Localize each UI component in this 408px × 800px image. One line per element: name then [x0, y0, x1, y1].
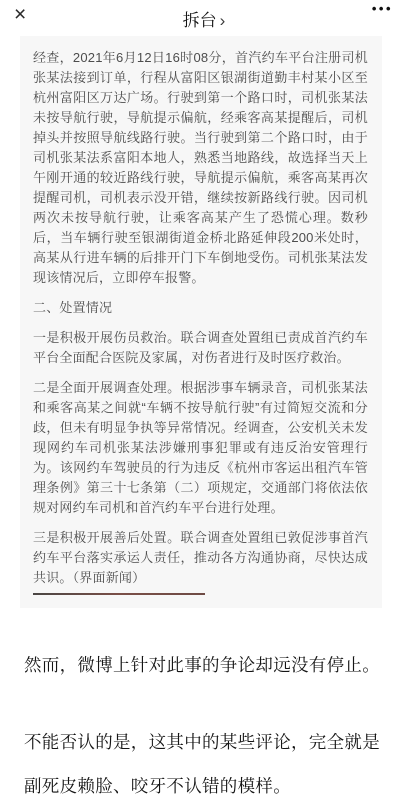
source-underline — [33, 593, 205, 595]
quote-heading-disposition: 二、处置情况 — [33, 298, 368, 318]
quote-paragraph-inquiry: 二是全面开展调查处理。根据涉事车辆录音，司机张某法和乘客高某之间就“车辆不按导航… — [33, 378, 368, 518]
quote-paragraph-aftermath: 三是积极开展善后处置。联合调查处置组已敦促涉事首汽约车平台落实承运人责任，推动各… — [33, 528, 368, 588]
close-icon[interactable]: × — [14, 4, 26, 25]
quote-paragraph-rescue: 一是积极开展伤员救治。联合调查处置组已责成首汽约车平台全面配合医院及家属，对伤者… — [33, 328, 368, 368]
article-screen: × 拆台 › ••• 经查，2021年6月12日16时08分，首汽约车平台注册司… — [0, 0, 408, 800]
more-menu-icon[interactable]: ••• — [372, 1, 393, 16]
article-paragraph-weibo: 然而，微博上针对此事的争论却远没有停止。 — [24, 650, 384, 680]
article-paragraph-comments: 不能否认的是，这其中的某些评论，完全就是副死皮赖脸、咬牙不认错的模样。 — [24, 720, 384, 800]
chevron-right-icon: › — [220, 11, 226, 31]
page-title-text: 拆台 — [183, 6, 217, 31]
quote-paragraph-investigation: 经查，2021年6月12日16时08分，首汽约车平台注册司机张某法接到订单，行程… — [33, 48, 368, 288]
quoted-report-block: 经查，2021年6月12日16时08分，首汽约车平台注册司机张某法接到订单，行程… — [20, 36, 382, 608]
topbar: × 拆台 › ••• — [0, 0, 408, 36]
page-title[interactable]: 拆台 › — [183, 6, 226, 31]
